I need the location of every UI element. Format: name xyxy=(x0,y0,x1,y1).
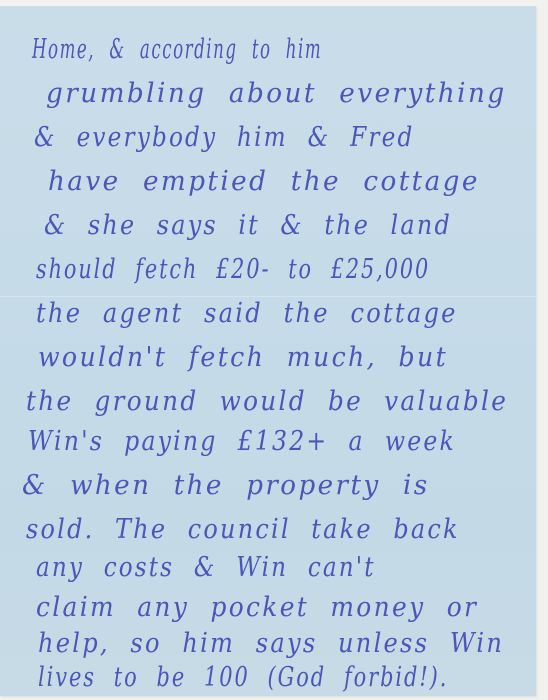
handwritten-line: the ground would be valuable xyxy=(26,386,508,417)
paper-fold xyxy=(0,296,536,297)
handwritten-line: help, so him says unless Win xyxy=(38,628,504,659)
handwritten-line: claim any pocket money or xyxy=(36,592,478,623)
handwritten-line: grumbling about everything xyxy=(46,78,507,109)
handwritten-line: should fetch £20- to £25,000 xyxy=(36,254,430,285)
handwritten-line: & when the property is xyxy=(22,470,430,501)
handwritten-line: have emptied the cottage xyxy=(48,166,480,197)
handwritten-line: Win's paying £132+ a week xyxy=(28,426,456,457)
handwritten-line: the agent said the cottage xyxy=(36,298,458,329)
handwritten-line: wouldn't fetch much, but xyxy=(38,342,448,373)
handwritten-line: Home, & according to him xyxy=(32,34,322,65)
handwritten-line: sold. The council take back xyxy=(26,514,460,545)
handwritten-line: any costs & Win can't xyxy=(36,552,376,583)
handwritten-line: & she says it & the land xyxy=(44,210,452,241)
letter-page: Home, & according to him grumbling about… xyxy=(0,6,536,696)
handwritten-line: lives to be 100 (God forbid!). xyxy=(38,662,448,693)
handwritten-line: & everybody him & Fred xyxy=(34,122,414,153)
